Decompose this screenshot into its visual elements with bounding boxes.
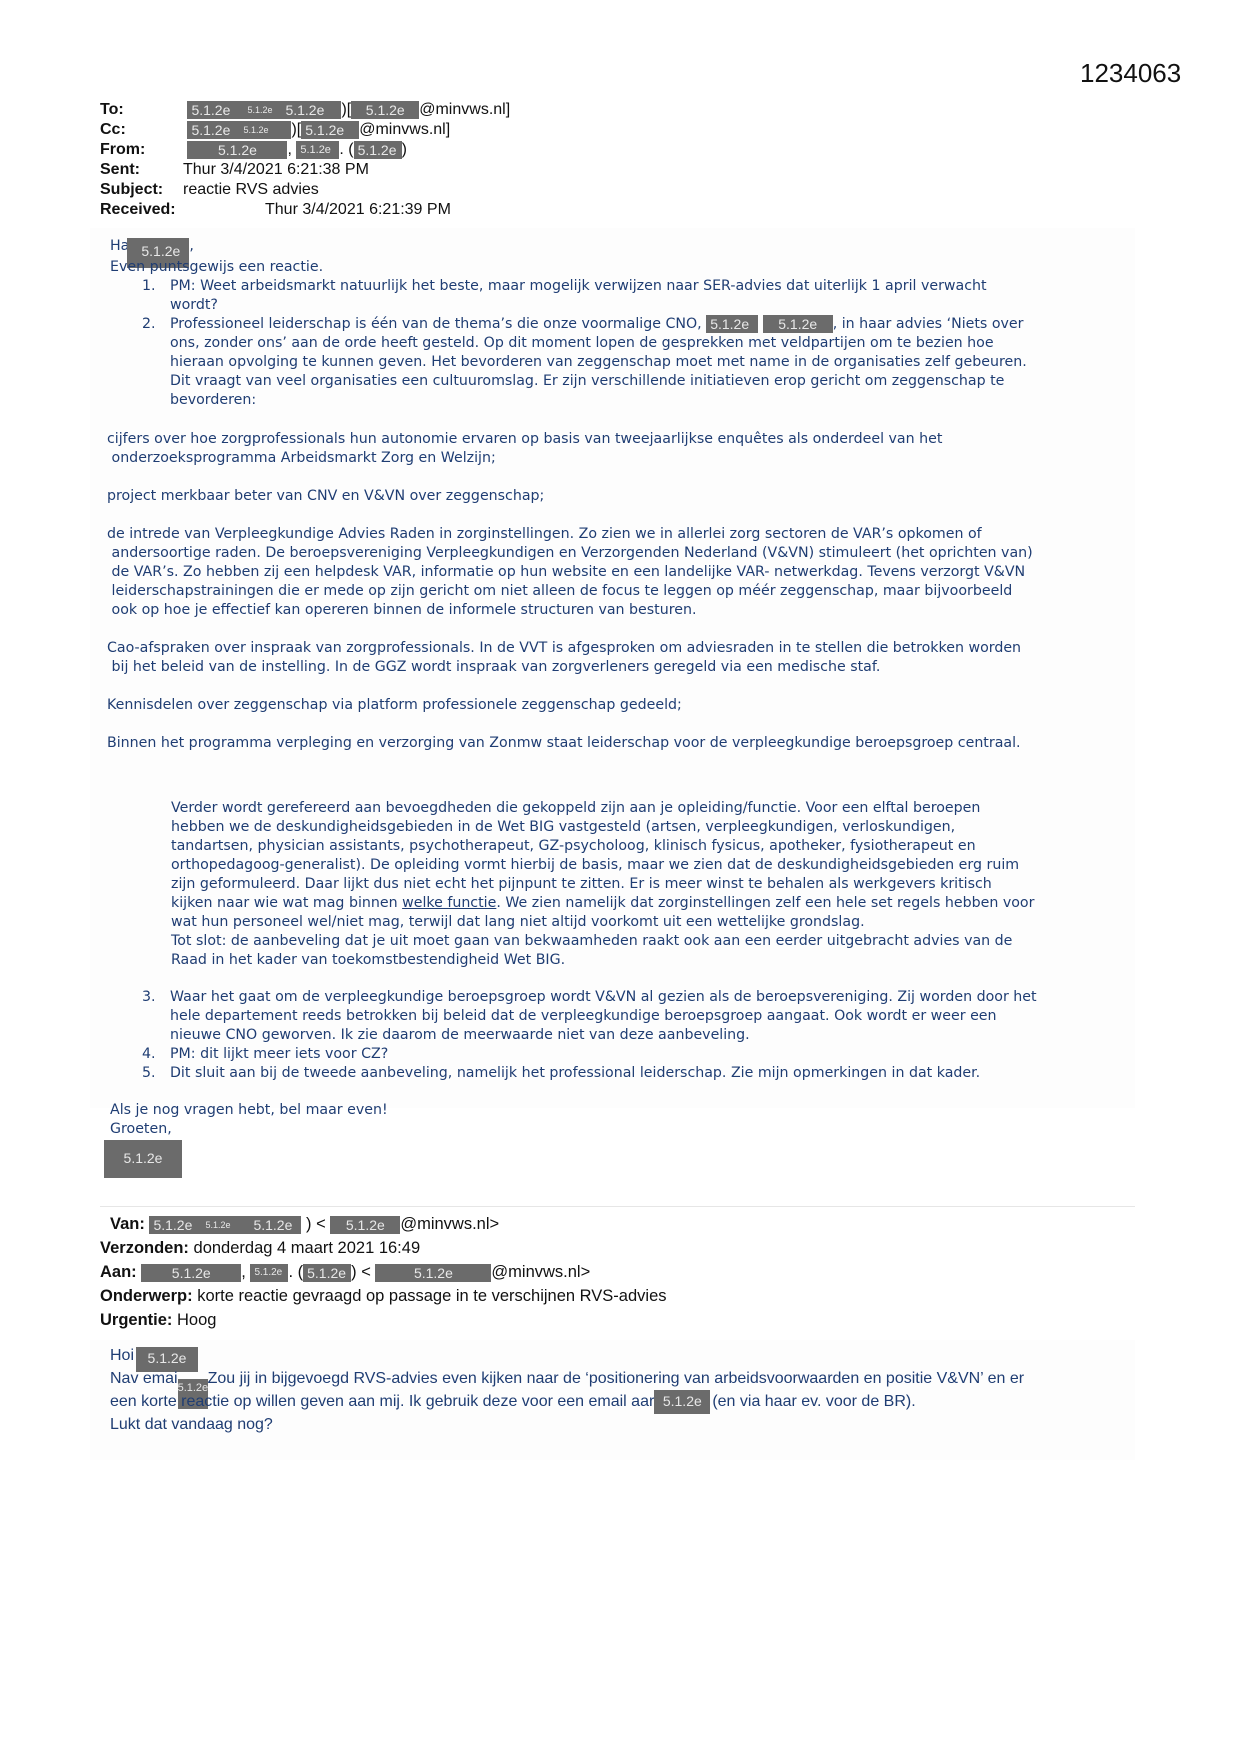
redaction: 5.1.2e — [375, 1264, 491, 1282]
forward-separator — [100, 1206, 1135, 1207]
to-domain: @minvws.nl] — [419, 101, 510, 118]
redaction: 5.1.2e — [187, 121, 239, 139]
text-line: onderzoeksprogramma Arbeidsmarkt Zorg en… — [107, 449, 1033, 468]
cc-row: Cc: 5.1.2e5.1.2e)[5.1.2e@minvws.nl] — [100, 120, 510, 140]
link-welke-functie[interactable]: welke functie — [402, 895, 496, 911]
closing-line: Als je nog vragen hebt, bel maar even! — [110, 1101, 388, 1120]
received-row: Received:Thur 3/4/2021 6:21:39 PM — [100, 200, 510, 220]
text-line: project merkbaar beter van CNV en V&VN o… — [107, 487, 1033, 506]
text-line: wat hun personeel wel/niet mag, terwijl … — [171, 913, 1034, 932]
initiative-item: de intrede van Verpleegkundige Advies Ra… — [107, 525, 1033, 620]
cc-label: Cc: — [100, 120, 183, 140]
redaction: 5.1.2e — [281, 101, 341, 119]
sent-value: Thur 3/4/2021 6:21:38 PM — [183, 161, 369, 178]
redaction: 5.1.2e — [187, 101, 243, 119]
redaction: 5.1.2e — [141, 1264, 241, 1282]
text-line: Binnen het programma verpleging en verzo… — [107, 734, 1033, 753]
verzonden-row: Verzonden: donderdag 4 maart 2021 16:49 — [100, 1236, 667, 1260]
redaction: 5.1.2e — [296, 141, 339, 159]
text-line: ook op hoe je effectief kan opereren bin… — [107, 601, 1033, 620]
forwarded-header: Van: 5.1.2e5.1.2e5.1.2e ) < 5.1.2e@minvw… — [100, 1212, 667, 1332]
redaction: 5.1.2e — [706, 315, 758, 333]
redaction: 5.1.2e — [104, 1140, 182, 1178]
text-line: nieuwe CNO geworven. Ik zie daarom de me… — [170, 1026, 1037, 1045]
van-row: Van: 5.1.2e5.1.2e5.1.2e ) < 5.1.2e@minvw… — [100, 1212, 667, 1236]
text-line: hele departement reeds betrokken bij bel… — [170, 1007, 1037, 1026]
closing-greeting: Groeten, — [110, 1120, 172, 1139]
competences-paragraph: Verder wordt gerefereerd aan bevoegdhede… — [171, 799, 1034, 970]
text-line: zijn geformuleerd. Daar lijkt dus niet e… — [171, 875, 1034, 894]
initiative-item: Cao-afspraken over inspraak van zorgprof… — [107, 639, 1033, 677]
redaction: 5.1.2e — [239, 121, 291, 139]
onderwerp-row: Onderwerp: korte reactie gevraagd op pas… — [100, 1284, 667, 1308]
text-line: Cao-afspraken over inspraak van zorgprof… — [107, 639, 1033, 658]
text-line: Tot slot: de aanbeveling dat je uit moet… — [171, 932, 1034, 951]
text-line: bij het beleid van de instelling. In de … — [107, 658, 1033, 677]
redaction: 5.1.2e — [763, 315, 833, 333]
aan-row: Aan: 5.1.2e, 5.1.2e. (5.1.2e) < 5.1.2e@m… — [100, 1260, 667, 1284]
document-number: 1234063 — [1080, 58, 1181, 89]
received-label: Received: — [100, 200, 265, 220]
text-line: hebben we de deskundigheidsgebieden in d… — [171, 818, 1034, 837]
redaction: 5.1.2e — [303, 1264, 351, 1282]
from-label: From: — [100, 140, 183, 160]
intro: Even puntsgewijs een reactie. — [110, 258, 323, 277]
initiative-item: cijfers over hoe zorgprofessionals hun a… — [107, 430, 1033, 468]
redaction: 5.1.2e — [201, 1216, 249, 1234]
to-row: To: 5.1.2e5.1.2e5.1.2e)[5.1.2e@minvws.nl… — [100, 100, 510, 120]
text-line: de intrede van Verpleegkundige Advies Ra… — [107, 525, 1033, 544]
text-line: de VAR’s. Zo hebben zij een helpdesk VAR… — [107, 563, 1033, 582]
received-value: Thur 3/4/2021 6:21:39 PM — [265, 201, 451, 218]
redaction: 5.1.2e — [249, 1216, 301, 1234]
redaction: 5.1.2e — [330, 1216, 400, 1234]
text-line: andersoortige raden. De beroepsverenigin… — [107, 544, 1033, 563]
initiative-item: Kennisdelen over zeggenschap via platfor… — [107, 696, 1033, 715]
text-line: tandartsen, physician assistants, psycho… — [171, 837, 1034, 856]
urgentie-row: Urgentie: Hoog — [100, 1308, 667, 1332]
redaction: 5.1.2e — [187, 141, 287, 159]
subject-row: Subject:reactie RVS advies — [100, 180, 510, 200]
fw-line-3: Lukt dat vandaag nog? — [110, 1413, 273, 1436]
redaction: 5.1.2e — [149, 1216, 201, 1234]
text-line: orthopedagoog-generalist). De opleiding … — [171, 856, 1034, 875]
redaction: 5.1.2e — [351, 101, 419, 119]
from-row: From: 5.1.2e, 5.1.2e. (5.1.2e) — [100, 140, 510, 160]
email-header: To: 5.1.2e5.1.2e5.1.2e)[5.1.2e@minvws.nl… — [100, 100, 510, 220]
sent-row: Sent:Thur 3/4/2021 6:21:38 PM — [100, 160, 510, 180]
text-line: Kennisdelen over zeggenschap via platfor… — [107, 696, 1033, 715]
signature-redaction: 5.1.2e — [104, 1140, 182, 1178]
redaction: 5.1.2e — [354, 141, 402, 159]
redaction: 5.1.2e — [301, 121, 359, 139]
subject-value: reactie RVS advies — [183, 181, 319, 198]
initiatives-list: cijfers over hoe zorgprofessionals hun a… — [107, 430, 1033, 772]
text-line: Raad in het kader van toekomstbestendigh… — [171, 951, 1034, 970]
to-label: To: — [100, 100, 183, 120]
text-line: cijfers over hoe zorgprofessionals hun a… — [107, 430, 1033, 449]
text-line: leiderschapstrainingen die er mede op zi… — [107, 582, 1033, 601]
text-line: Verder wordt gerefereerd aan bevoegdhede… — [171, 799, 1034, 818]
redaction: 5.1.2e — [654, 1390, 710, 1414]
initiative-item: project merkbaar beter van CNV en V&VN o… — [107, 487, 1033, 506]
fw-line-2: een korte reactie op willen geven aan mi… — [110, 1390, 916, 1414]
text-line: Waar het gaat om de verpleegkundige bero… — [170, 988, 1037, 1007]
sent-label: Sent: — [100, 160, 183, 180]
initiative-item: Binnen het programma verpleging en verzo… — [107, 734, 1033, 753]
redaction: 5.1.2e — [250, 1264, 288, 1282]
subject-label: Subject: — [100, 180, 183, 200]
cc-domain: @minvws.nl] — [359, 121, 450, 138]
redaction: 5.1.2e — [243, 101, 281, 119]
